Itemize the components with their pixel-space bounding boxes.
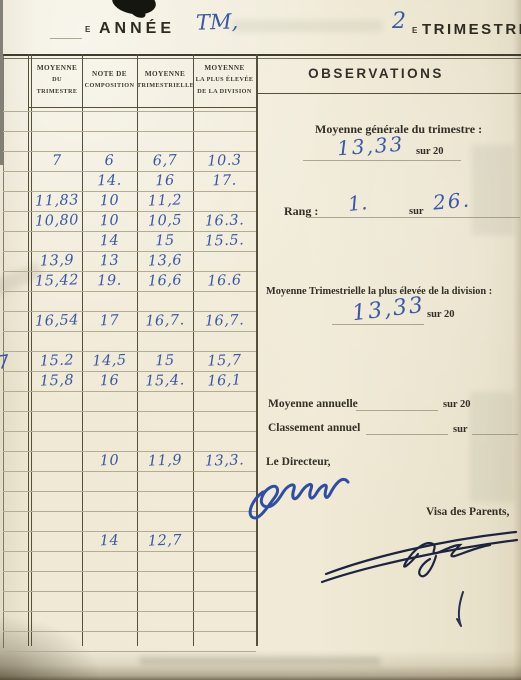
grade-cell: 11,9 (137, 450, 194, 472)
grade-cell: 15,7 (193, 350, 257, 372)
table-top-border-inner (3, 58, 521, 59)
grade-cell: 10,80 (32, 210, 83, 232)
parents-visa-label: Visa des Parents, (426, 506, 509, 518)
grade-header-bottom-border (28, 107, 257, 108)
column-header-line: MOYENNE (32, 62, 82, 74)
highest-average-blank-line (332, 324, 424, 325)
grade-cell: 14 (82, 530, 138, 552)
column-header-line: COMPOSITION (82, 80, 137, 92)
highest-average-label: Moyenne Trimestrielle la plus élevée de … (266, 286, 492, 297)
grade-cell: 15 (137, 350, 194, 372)
highest-average-value-handwritten: 13,33 (351, 293, 426, 327)
grade-cell: 6 (82, 150, 138, 172)
grade-cell: 13 (82, 250, 138, 272)
grade-cell: 16 (82, 370, 138, 392)
grade-cell: 17 (82, 310, 138, 332)
column-header-line: TRIMESTRE (32, 86, 82, 98)
grade-cell: 15,8 (32, 370, 83, 392)
column-header-line: NOTE DE (82, 68, 137, 80)
table-top-border (3, 54, 521, 56)
grade-cell: 7 (32, 150, 83, 172)
grade-cell: 10 (82, 190, 138, 212)
annual-average-label: Moyenne annuelle (268, 398, 358, 410)
annual-rank-blank-line (366, 434, 448, 435)
term-ordinal-superscript: E (412, 26, 417, 35)
column-header-moyenne-plus-elevee: MOYENNE LA PLUS ÉLEVÉE DE LA DIVISION (193, 62, 256, 98)
grade-cell: 12,7 (137, 530, 194, 552)
grade-cell: 11,2 (137, 190, 194, 212)
grade-cell: 6,7 (137, 150, 194, 172)
grade-cell: 13,9 (32, 250, 83, 272)
grade-cell: 10 (82, 450, 138, 472)
column-header-moyenne-trimestrielle: MOYENNE TRIMESTRIELLE (137, 68, 193, 92)
stray-pen-mark (0, 352, 10, 370)
column-header-line: MOYENNE (137, 68, 193, 80)
grade-cell: 15,42 (32, 270, 83, 292)
header-blank-line (50, 38, 82, 39)
annual-rank-out-of: sur (453, 424, 468, 435)
column-header-line: TRIMESTRIELLE (137, 80, 193, 92)
grade-cell: 14,5 (82, 350, 138, 372)
grade-cell: 10.3 (193, 150, 257, 172)
annual-average-blank-line (356, 410, 438, 411)
grade-cell: 16 (137, 170, 194, 192)
school-report-card-scan: E ANNÉE TM, 2 E TRIMESTRE MOYENNE DU TRI… (0, 0, 521, 680)
ink-bleedthrough-mark (470, 392, 515, 502)
annual-rank-label: Classement annuel (268, 422, 360, 434)
grade-cell: 15.2 (32, 350, 83, 372)
rank-blank-line (307, 217, 520, 218)
column-header-line: LA PLUS ÉLEVÉE (193, 74, 256, 86)
column-header-note-de-composition: NOTE DE COMPOSITION (82, 68, 137, 92)
year-ordinal-superscript: E (85, 25, 90, 34)
grade-cell: 16,1 (193, 370, 257, 392)
general-average-value-handwritten: 13,33 (336, 132, 405, 161)
annual-rank-blank-line-2 (472, 434, 518, 435)
rank-value-handwritten: 1. (347, 190, 368, 216)
year-label: ANNÉE (99, 20, 175, 38)
ink-bleedthrough-mark (140, 657, 380, 665)
ink-bleedthrough-mark (232, 20, 382, 32)
parents-signature (320, 518, 520, 598)
grade-cell: 16,54 (32, 310, 83, 332)
grade-cell: 15,4. (137, 370, 194, 392)
rank-total-handwritten: 26. (432, 187, 472, 214)
term-number-handwritten: 2 (392, 9, 406, 34)
grade-cell: 10 (82, 210, 138, 232)
grade-cell: 13,6 (137, 250, 194, 272)
grade-cell: 15 (137, 230, 194, 252)
rank-out-of-label: sur (409, 206, 424, 217)
general-average-out-of: sur 20 (416, 146, 444, 157)
highest-average-out-of: sur 20 (427, 309, 455, 320)
grade-cell: 17. (193, 170, 257, 192)
annual-average-out-of: sur 20 (443, 399, 471, 410)
stray-pen-mark (452, 590, 468, 632)
grade-cell: 10,5 (137, 210, 194, 232)
observations-header-bottom-border (256, 93, 521, 94)
column-header-line: DU (32, 74, 82, 86)
grade-cell: 16,6 (137, 270, 194, 292)
ink-bleedthrough-mark (472, 145, 514, 235)
observations-divider (256, 54, 258, 646)
term-label: TRIMESTRE (422, 21, 521, 38)
grade-cell: 16,7. (137, 310, 194, 332)
column-header-moyenne-du-trimestre: MOYENNE DU TRIMESTRE (32, 62, 82, 98)
grade-cell: 16.6 (193, 270, 257, 292)
grade-cell: 11,83 (32, 190, 83, 212)
column-header-line: DE LA DIVISION (193, 86, 256, 98)
grade-cell: 14 (82, 230, 138, 252)
grade-cell: 15.5. (193, 230, 257, 252)
grade-cell: 16.3. (193, 210, 257, 232)
grade-cell: 14. (82, 170, 138, 192)
year-value-handwritten: TM, (196, 9, 239, 34)
observations-title: OBSERVATIONS (256, 66, 496, 81)
general-average-blank-line (303, 160, 461, 161)
grade-cell: 19. (82, 270, 138, 292)
grade-cell: 16,7. (193, 310, 257, 332)
column-header-line: MOYENNE (193, 62, 256, 74)
